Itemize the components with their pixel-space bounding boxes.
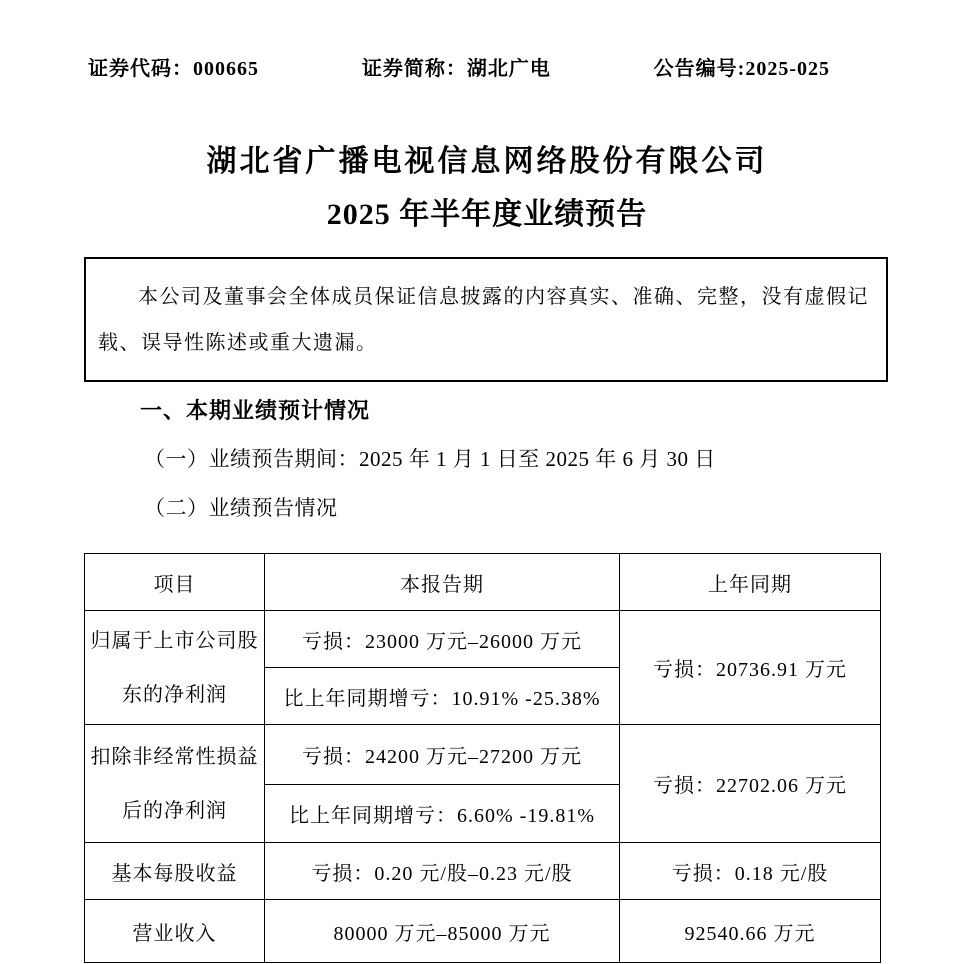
revenue-item-cell: 营业收入	[85, 900, 265, 963]
column-header-prior-period: 上年同期	[620, 554, 881, 611]
revenue-current-range-cell: 80000 万元–85000 万元	[265, 900, 620, 963]
eps-item-cell: 基本每股收益	[85, 843, 265, 900]
eps-current-range-cell: 亏损：0.20 元/股–0.23 元/股	[265, 843, 620, 900]
table-row-revenue: 营业收入 80000 万元–85000 万元 92540.66 万元	[85, 900, 881, 963]
table-row-net-profit: 归属于上市公司股东的净利润 亏损：23000 万元–26000 万元 亏损：20…	[85, 611, 881, 668]
net-profit-prior-cell: 亏损：20736.91 万元	[620, 611, 881, 725]
table-row-eps: 基本每股收益 亏损：0.20 元/股–0.23 元/股 亏损：0.18 元/股	[85, 843, 881, 900]
section-heading: 一、本期业绩预计情况	[0, 398, 974, 424]
eps-prior-cell: 亏损：0.18 元/股	[620, 843, 881, 900]
revenue-prior-cell: 92540.66 万元	[620, 900, 881, 963]
table-header-row: 项目 本报告期 上年同期	[85, 554, 881, 611]
net-profit-item-cell: 归属于上市公司股东的净利润	[85, 611, 265, 725]
document-info-line: 证券代码：000665 证券简称：湖北广电 公告编号:2025-025	[0, 56, 974, 82]
disclaimer-box: 本公司及董事会全体成员保证信息披露的内容真实、准确、完整，没有虚假记载、误导性陈…	[84, 257, 888, 382]
report-title: 2025 年半年度业绩预告	[0, 197, 974, 233]
deducted-profit-current-range-cell: 亏损：24200 万元–27200 万元	[265, 725, 620, 785]
net-profit-current-range-cell: 亏损：23000 万元–26000 万元	[265, 611, 620, 668]
forecast-period-line: （一）业绩预告期间：2025 年 1 月 1 日至 2025 年 6 月 30 …	[0, 446, 974, 473]
column-header-current-period: 本报告期	[265, 554, 620, 611]
company-name: 湖北省广播电视信息网络股份有限公司	[0, 144, 974, 180]
forecast-detail-line: （二）业绩预告情况	[0, 495, 974, 522]
net-profit-yoy-change-cell: 比上年同期增亏：10.91% -25.38%	[265, 668, 620, 725]
document-page: 证券代码：000665 证券简称：湖北广电 公告编号:2025-025 湖北省广…	[0, 0, 974, 964]
forecast-table: 项目 本报告期 上年同期 归属于上市公司股东的净利润 亏损：23000 万元–2…	[84, 553, 881, 963]
deducted-profit-prior-cell: 亏损：22702.06 万元	[620, 725, 881, 843]
document-title: 湖北省广播电视信息网络股份有限公司 2025 年半年度业绩预告	[0, 144, 974, 233]
stock-code: 证券代码：000665	[88, 56, 259, 82]
disclaimer-text: 本公司及董事会全体成员保证信息披露的内容真实、准确、完整，没有虚假记载、误导性陈…	[98, 274, 872, 366]
announcement-number: 公告编号:2025-025	[654, 56, 830, 82]
column-header-item: 项目	[85, 554, 265, 611]
deducted-profit-yoy-change-cell: 比上年同期增亏：6.60% -19.81%	[265, 785, 620, 843]
table-row-net-profit-deducted: 扣除非经常性损益后的净利润 亏损：24200 万元–27200 万元 亏损：22…	[85, 725, 881, 785]
deducted-profit-item-cell: 扣除非经常性损益后的净利润	[85, 725, 265, 843]
stock-abbreviation: 证券简称：湖北广电	[362, 56, 551, 82]
